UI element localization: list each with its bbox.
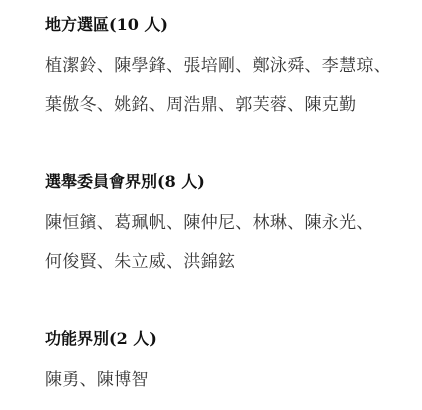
member-list-line: 葉傲冬、姚銘、周浩鼎、郭芙蓉、陳克勤 (45, 90, 356, 115)
member-list-line: 陳勇、陳博智 (45, 365, 149, 390)
section-heading: 功能界別(2 人) (45, 326, 157, 349)
section-heading: 地方選區(10 人) (45, 12, 168, 35)
member-list-line: 陳恒鑌、葛珮帆、陳仲尼、林琳、陳永光、 (45, 208, 374, 233)
member-list-line: 何俊賢、朱立威、洪錦鉉 (45, 247, 235, 272)
section-heading: 選舉委員會界別(8 人) (45, 169, 205, 192)
member-list-line: 植潔鈴、陳學鋒、張培剛、鄭泳舜、李慧琼、 (45, 51, 391, 76)
